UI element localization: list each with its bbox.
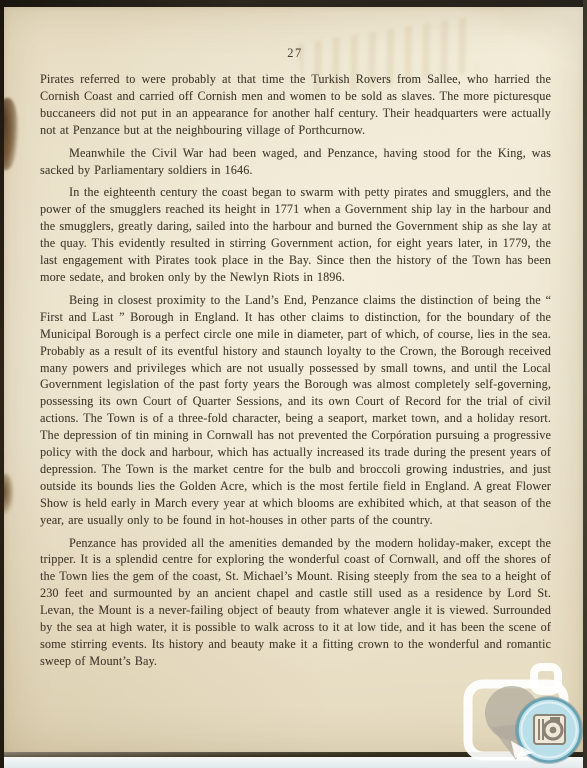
body-text: Pirates referred to were probably at tha… bbox=[40, 71, 551, 676]
scanned-book-page: 27 Pirates referred to were probably at … bbox=[0, 0, 587, 768]
scan-edge-left bbox=[0, 0, 4, 768]
page-number: 27 bbox=[40, 46, 550, 61]
paragraph-holiday: Penzance has provided all the amenities … bbox=[40, 535, 551, 670]
scan-edge-top bbox=[0, 0, 587, 7]
scan-background-strip bbox=[0, 757, 587, 768]
paragraph-smugglers: In the eighteenth century the coast bega… bbox=[40, 184, 551, 285]
paragraph-borough: Being in closest proximity to the Land’s… bbox=[40, 292, 551, 529]
paragraph-civil-war: Meanwhile the Civil War had been waged, … bbox=[40, 145, 551, 179]
scan-edge-right bbox=[583, 0, 587, 768]
paragraph-pirates: Pirates referred to were probably at tha… bbox=[40, 71, 551, 139]
